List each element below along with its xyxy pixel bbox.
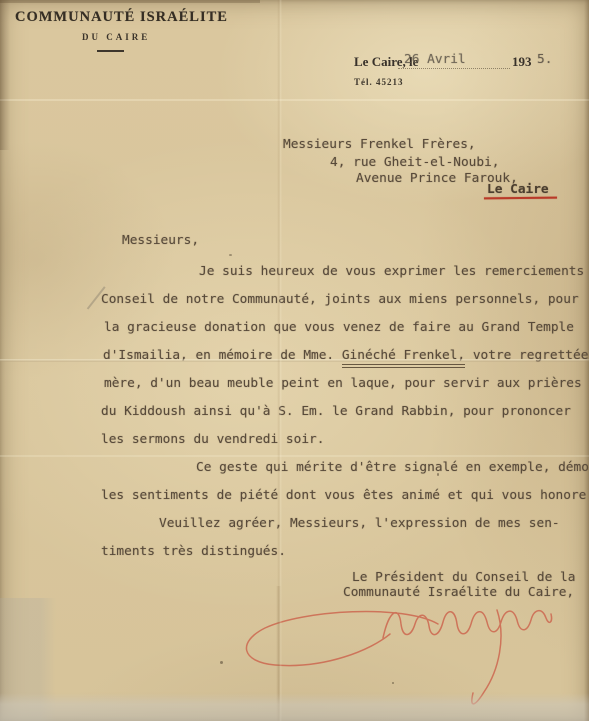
paper-speck xyxy=(220,661,223,664)
typed-date: 26 Avril xyxy=(404,52,466,67)
body-line: Veuillez agréer, Messieurs, l'expression… xyxy=(159,516,560,531)
horizontal-crease-top xyxy=(0,99,589,101)
phone-number: Tél. 45213 xyxy=(354,77,404,87)
recipient-city: Le Caire xyxy=(487,182,549,197)
body-line: Je suis heureux de vous exprimer les rem… xyxy=(199,264,589,279)
closing-title-line1: Le Président du Conseil de la xyxy=(352,570,575,585)
vertical-fold-left xyxy=(0,598,56,721)
scanned-letter-page: COMMUNAUTÉ ISRAÉLITE DU CAIRE Le Caire, … xyxy=(0,0,589,721)
underlined-donor-name: Ginéché Frenkel, xyxy=(342,348,465,368)
body-line: du Kiddoush ainsi qu'à S. Em. le Grand R… xyxy=(101,404,571,419)
body-text: d'Ismailia, en mémoire de Mme. xyxy=(103,348,342,363)
body-text: votre regrettée xyxy=(465,348,588,363)
top-edge-shadow xyxy=(0,0,260,3)
letterhead-rule xyxy=(97,50,124,52)
body-line-with-underlined-name: d'Ismailia, en mémoire de Mme. Ginéché F… xyxy=(103,348,588,363)
body-line: la gracieuse donation que vous venez de … xyxy=(104,320,574,335)
recipient-name: Messieurs Frenkel Frères, xyxy=(283,137,476,152)
horizontal-crease-lower xyxy=(0,455,589,457)
recipient-city-red-underline xyxy=(484,197,557,200)
body-line: Conseil de notre Communauté, joints aux … xyxy=(101,292,579,307)
body-line: Ce geste qui mérite d'être signalé en ex… xyxy=(196,460,589,475)
body-line: les sermons du vendredi soir. xyxy=(101,432,324,447)
signature-ink xyxy=(233,592,583,718)
letterhead-organization: COMMUNAUTÉ ISRAÉLITE xyxy=(15,9,228,26)
typed-year-digit: 5. xyxy=(537,52,552,67)
body-line: timents très distingués. xyxy=(101,544,286,559)
letterhead-place: DU CAIRE xyxy=(82,32,150,42)
salutation: Messieurs, xyxy=(122,233,199,248)
date-printed-year: 193 xyxy=(512,54,532,70)
paper-speck xyxy=(229,254,232,256)
left-edge-shadow xyxy=(0,0,10,150)
recipient-street: 4, rue Gheit-el-Noubi, xyxy=(330,155,500,170)
body-line: mère, d'un beau meuble peint en laque, p… xyxy=(104,376,582,391)
body-line: les sentiments de piété dont vous êtes a… xyxy=(101,488,586,503)
